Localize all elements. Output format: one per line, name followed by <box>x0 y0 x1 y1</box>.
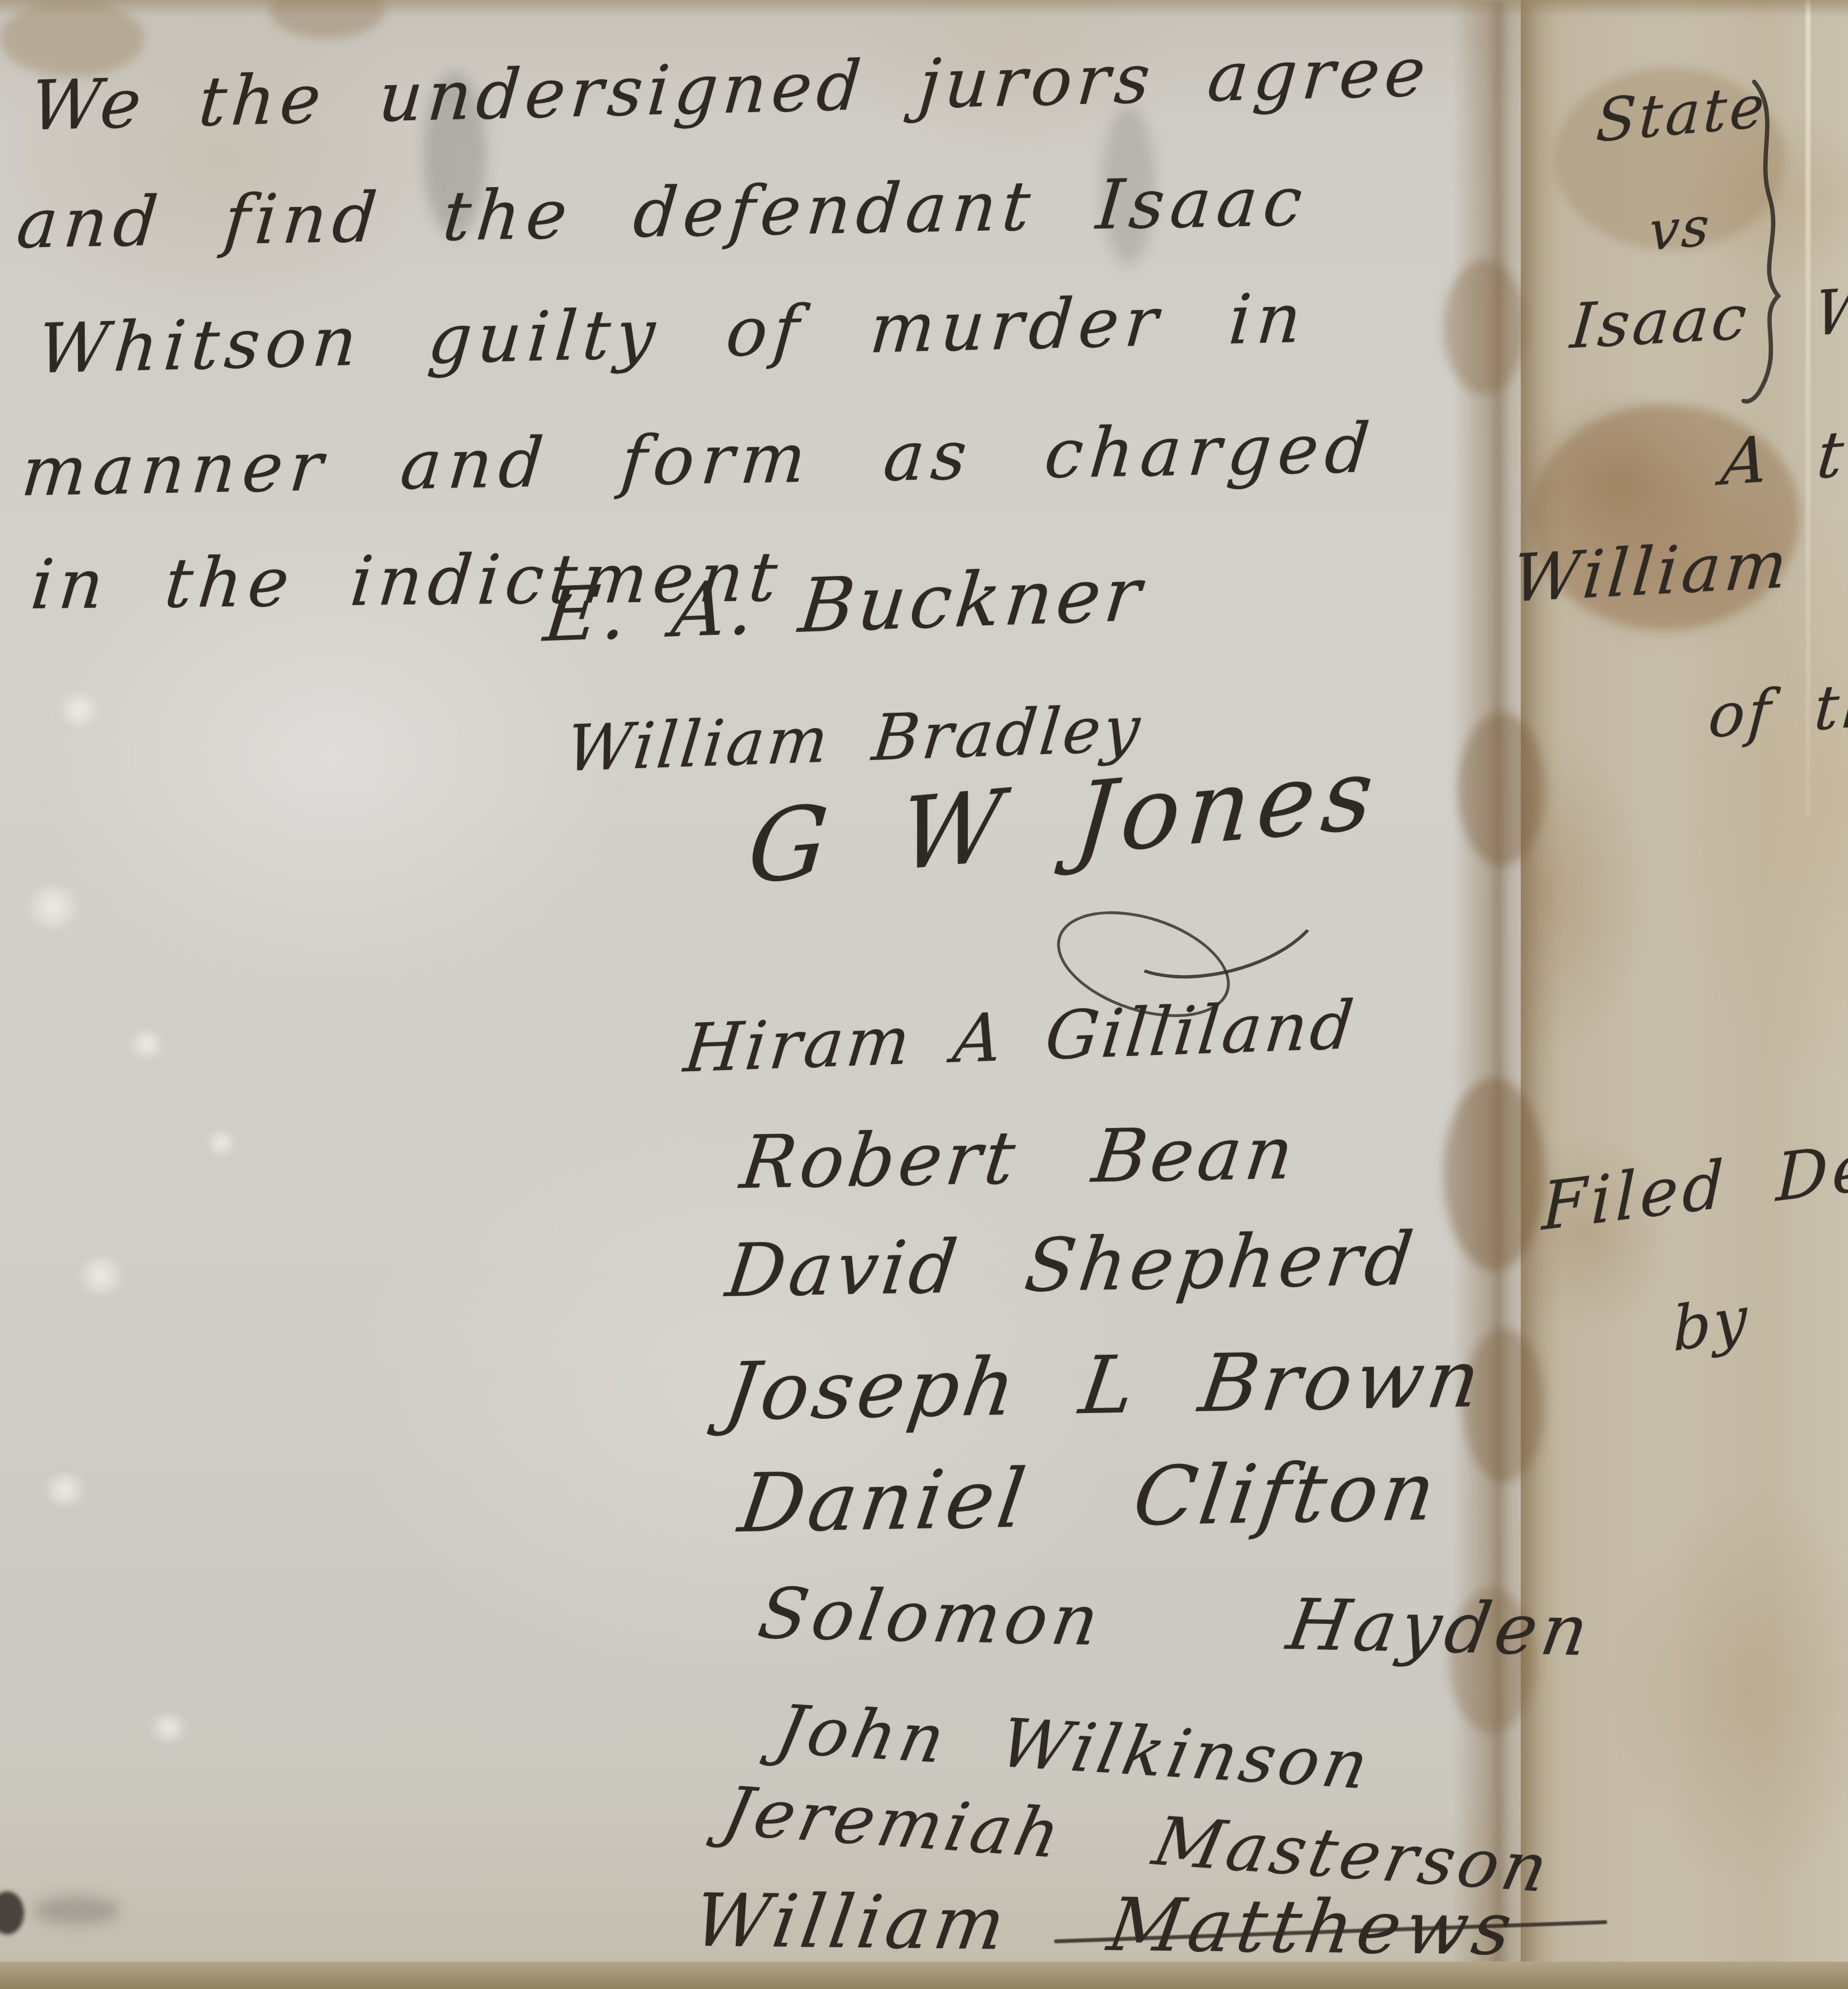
case-caption-vs: vs <box>1648 199 1712 259</box>
signature: David Shepherd <box>722 1222 1420 1308</box>
scanned-document: We the undersigned jurors agree and find… <box>0 0 1848 1989</box>
worn-spot <box>72 1256 130 1295</box>
worn-spot <box>53 693 106 727</box>
corner-smudge <box>34 1896 120 1925</box>
case-brace <box>1740 79 1817 407</box>
worn-spot <box>38 1473 91 1506</box>
signature: E. A. Buckner <box>541 557 1148 653</box>
worn-spot <box>202 1131 241 1155</box>
worn-spot <box>125 1030 168 1059</box>
signature: William Matthews <box>689 1884 1521 1966</box>
verdict-line: Whitson guilty of murder in <box>36 284 1309 384</box>
corner-smudge <box>0 1891 24 1935</box>
worn-spot <box>19 885 87 929</box>
signature: Joseph L Brown <box>720 1339 1489 1432</box>
stain <box>1458 712 1545 866</box>
top-edge <box>0 0 1848 16</box>
verdict-line: We the undersigned jurors agree <box>28 38 1433 141</box>
caption-fragment: A tr <box>1719 420 1848 495</box>
worn-spot <box>144 1713 192 1742</box>
stain <box>1444 260 1526 395</box>
caption-fragment: of the <box>1707 671 1848 747</box>
stain <box>1444 1078 1545 1270</box>
signature: Solomon Hayden <box>754 1578 1597 1666</box>
bottom-edge <box>0 1962 1848 1989</box>
signature: Robert Bean <box>737 1116 1301 1199</box>
filed-by-note: by <box>1672 1287 1749 1360</box>
signature: Hiram A Gilliland <box>681 992 1359 1082</box>
verdict-line: manner and form as charged <box>19 414 1379 506</box>
signature: Daniel Clifton <box>734 1451 1444 1544</box>
